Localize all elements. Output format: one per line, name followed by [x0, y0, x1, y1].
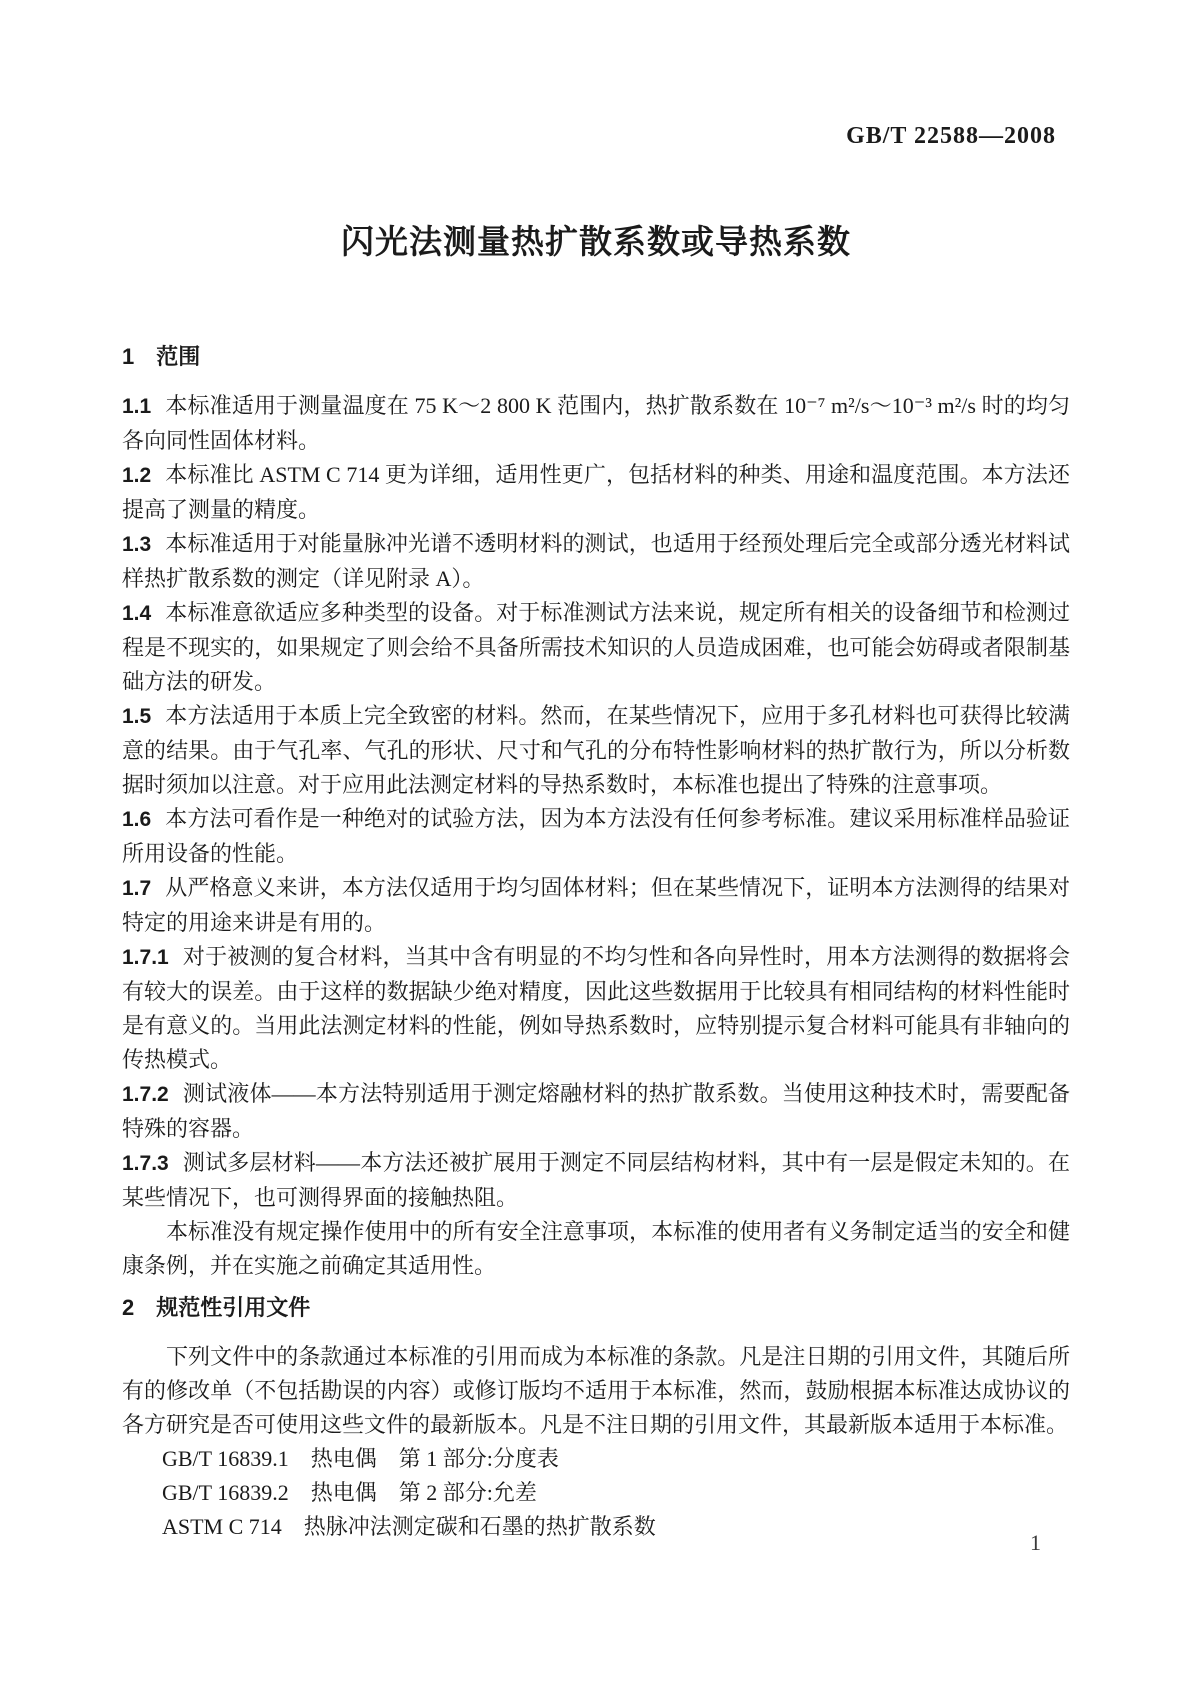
clause-1-6: 1.6本方法可看作是一种绝对的试验方法，因为本方法没有任何参考标准。建议采用标准… — [122, 802, 1070, 871]
document-page: GB/T 22588—2008 闪光法测量热扩散系数或导热系数 1范围 1.1本… — [0, 0, 1191, 1684]
clause-1-2: 1.2本标准比 ASTM C 714 更为详细，适用性更广，包括材料的种类、用途… — [122, 458, 1070, 527]
clause-1-4-text: 本标准意欲适应多种类型的设备。对于标准测试方法来说，规定所有相关的设备细节和检测… — [122, 600, 1070, 694]
section-1-heading: 1范围 — [122, 340, 1070, 374]
safety-note: 本标准没有规定操作使用中的所有安全注意事项，本标准的使用者有义务制定适当的安全和… — [122, 1215, 1070, 1283]
clause-1-7: 1.7从严格意义来讲，本方法仅适用于均匀固体材料；但在某些情况下，证明本方法测得… — [122, 871, 1070, 940]
reference-entry: GB/T 16839.2 热电偶 第 2 部分:允差 — [122, 1476, 1070, 1510]
clause-1-7-2: 1.7.2测试液体——本方法特别适用于测定熔融材料的热扩散系数。当使用这种技术时… — [122, 1077, 1070, 1146]
clause-1-5: 1.5本方法适用于本质上完全致密的材料。然而，在某些情况下，应用于多孔材料也可获… — [122, 699, 1070, 802]
clause-1-5-number: 1.5 — [122, 705, 151, 728]
section-1-body: 1.1本标准适用于测量温度在 75 K～2 800 K 范围内，热扩散系数在 1… — [122, 389, 1070, 1283]
clause-1-7-3-text: 测试多层材料——本方法还被扩展用于测定不同层结构材料，其中有一层是假定未知的。在… — [122, 1150, 1070, 1210]
clause-1-5-text: 本方法适用于本质上完全致密的材料。然而，在某些情况下，应用于多孔材料也可获得比较… — [122, 703, 1070, 797]
clause-1-7-number: 1.7 — [122, 877, 151, 900]
references-intro: 下列文件中的条款通过本标准的引用而成为本标准的条款。凡是注日期的引用文件，其随后… — [122, 1340, 1070, 1442]
clause-1-3: 1.3本标准适用于对能量脉冲光谱不透明材料的测试，也适用于经预处理后完全或部分透… — [122, 527, 1070, 596]
clause-1-7-2-number: 1.7.2 — [122, 1083, 169, 1106]
clause-1-1-number: 1.1 — [122, 395, 151, 418]
clause-1-7-3-number: 1.7.3 — [122, 1152, 169, 1175]
section-2-title: 规范性引用文件 — [156, 1295, 310, 1320]
section-2-heading: 2规范性引用文件 — [122, 1291, 1070, 1325]
reference-entry: ASTM C 714 热脉冲法测定碳和石墨的热扩散系数 — [122, 1510, 1070, 1544]
section-2-body: 下列文件中的条款通过本标准的引用而成为本标准的条款。凡是注日期的引用文件，其随后… — [122, 1340, 1070, 1544]
clause-1-6-text: 本方法可看作是一种绝对的试验方法，因为本方法没有任何参考标准。建议采用标准样品验… — [122, 806, 1070, 866]
page-number: 1 — [1030, 1530, 1041, 1556]
reference-entry: GB/T 16839.1 热电偶 第 1 部分:分度表 — [122, 1442, 1070, 1476]
clause-1-7-1: 1.7.1对于被测的复合材料，当其中含有明显的不均匀性和各向异性时，用本方法测得… — [122, 940, 1070, 1077]
clause-1-7-3: 1.7.3测试多层材料——本方法还被扩展用于测定不同层结构材料，其中有一层是假定… — [122, 1146, 1070, 1215]
standard-number: GB/T 22588—2008 — [122, 122, 1070, 150]
clause-1-1-text: 本标准适用于测量温度在 75 K～2 800 K 范围内，热扩散系数在 10⁻⁷… — [122, 393, 1070, 453]
section-2-number: 2 — [122, 1295, 134, 1320]
clause-1-4: 1.4本标准意欲适应多种类型的设备。对于标准测试方法来说，规定所有相关的设备细节… — [122, 596, 1070, 699]
clause-1-7-2-text: 测试液体——本方法特别适用于测定熔融材料的热扩散系数。当使用这种技术时，需要配备… — [122, 1081, 1070, 1141]
clause-1-6-number: 1.6 — [122, 808, 151, 831]
section-1-title: 范围 — [156, 344, 200, 369]
document-title: 闪光法测量热扩散系数或导热系数 — [122, 222, 1070, 262]
clause-1-2-number: 1.2 — [122, 464, 151, 487]
clause-1-1: 1.1本标准适用于测量温度在 75 K～2 800 K 范围内，热扩散系数在 1… — [122, 389, 1070, 458]
clause-1-7-text: 从严格意义来讲，本方法仅适用于均匀固体材料；但在某些情况下，证明本方法测得的结果… — [122, 875, 1070, 935]
clause-1-4-number: 1.4 — [122, 602, 151, 625]
section-1-number: 1 — [122, 344, 134, 369]
clause-1-2-text: 本标准比 ASTM C 714 更为详细，适用性更广，包括材料的种类、用途和温度… — [122, 462, 1070, 522]
clause-1-7-1-number: 1.7.1 — [122, 946, 169, 969]
clause-1-3-number: 1.3 — [122, 533, 151, 556]
clause-1-3-text: 本标准适用于对能量脉冲光谱不透明材料的测试，也适用于经预处理后完全或部分透光材料… — [122, 531, 1070, 591]
clause-1-7-1-text: 对于被测的复合材料，当其中含有明显的不均匀性和各向异性时，用本方法测得的数据将会… — [122, 944, 1070, 1072]
